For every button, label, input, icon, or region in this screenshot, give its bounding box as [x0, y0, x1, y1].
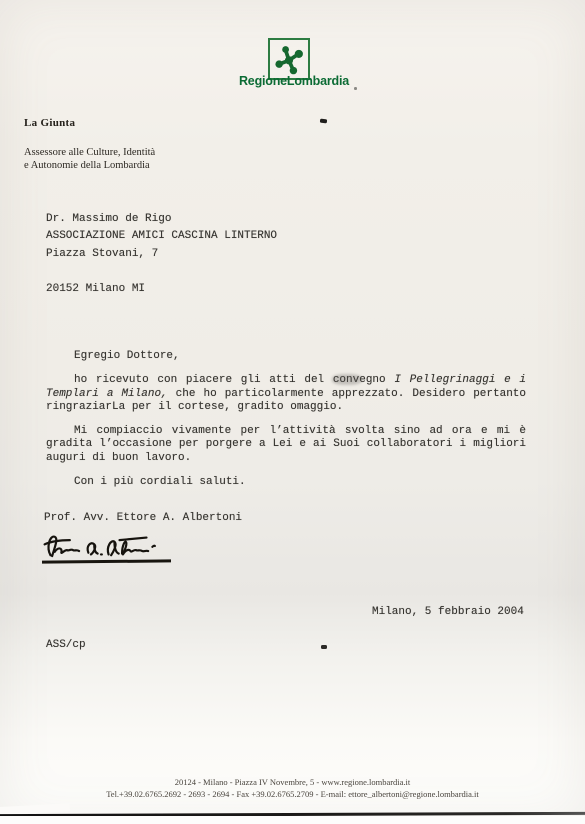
paragraph-gap [46, 364, 526, 374]
recipient-name: Dr. Massimo de Rigo [46, 211, 277, 228]
salutation: Egregio Dottore, [46, 350, 526, 364]
rosa-camuna-icon [270, 42, 308, 76]
recipient-city: 20152 Milano MI [46, 281, 277, 298]
org-wordmark: RegioneLombardia [204, 74, 384, 88]
paragraph1-line2-text: che ho particolarmente apprezzato. Desid… [168, 388, 526, 400]
scan-artifact-mark [320, 119, 327, 124]
scanned-letter-page: RegioneLombardia La Giunta Assessore all… [0, 0, 585, 824]
recipient-street: Piazza Stovani, 7 [46, 246, 277, 263]
scanner-background-strip [0, 816, 585, 824]
paragraph1-line3: ringraziarLa per il cortese, gradito oma… [46, 401, 526, 415]
dateline: Milano, 5 febbraio 2004 [372, 606, 524, 620]
paragraph-gap [46, 466, 526, 476]
paragraph2-line3: auguri di buon lavoro. [46, 452, 526, 466]
recipient-gap [46, 263, 277, 280]
footer-address-line: 20124 - Milano - Piazza IV Novembre, 5 -… [0, 777, 585, 789]
paragraph1-line2: Templari a Milano, che ho particolarment… [46, 388, 526, 402]
paragraph1-line2-title-italic: Templari a Milano, [46, 388, 168, 400]
paragraph2-line2: gradita l’occasione per porgere a Lei e … [46, 438, 526, 452]
scan-artifact-mark [321, 645, 327, 649]
giunta-label: La Giunta [24, 117, 75, 129]
footer-contact-line: Tel.+39.02.6765.2692 - 2693 - 2694 - Fax… [0, 789, 585, 801]
recipient-block: Dr. Massimo de Rigo ASSOCIAZIONE AMICI C… [46, 211, 277, 298]
paragraph-gap [46, 415, 526, 425]
assessore-office-lines: Assessore alle Culture, Identità e Auton… [24, 146, 155, 172]
paragraph2-line1: Mi compiaccio vivamente per l’attività s… [46, 425, 526, 439]
recipient-organization: ASSOCIAZIONE AMICI CASCINA LINTERNO [46, 228, 277, 245]
reference-initials: ASS/cp [46, 639, 86, 653]
letter-body: Egregio Dottore, ho ricevuto con piacere… [46, 350, 526, 489]
office-line-2: e Autonomie della Lombardia [24, 159, 155, 172]
letterhead-footer: 20124 - Milano - Piazza IV Novembre, 5 -… [0, 777, 585, 800]
ink-smudge [332, 374, 362, 385]
office-line-1: Assessore alle Culture, Identità [24, 146, 155, 159]
paragraph1-line1: ho ricevuto con piacere gli atti del con… [46, 374, 526, 388]
closing-line: Con i più cordiali saluti. [46, 476, 526, 490]
paragraph1-line1-title-italic: I Pellegrinaggi e i [394, 374, 526, 386]
signer-printed-name: Prof. Avv. Ettore A. Albertoni [44, 512, 242, 526]
scan-artifact-dot [354, 87, 357, 90]
